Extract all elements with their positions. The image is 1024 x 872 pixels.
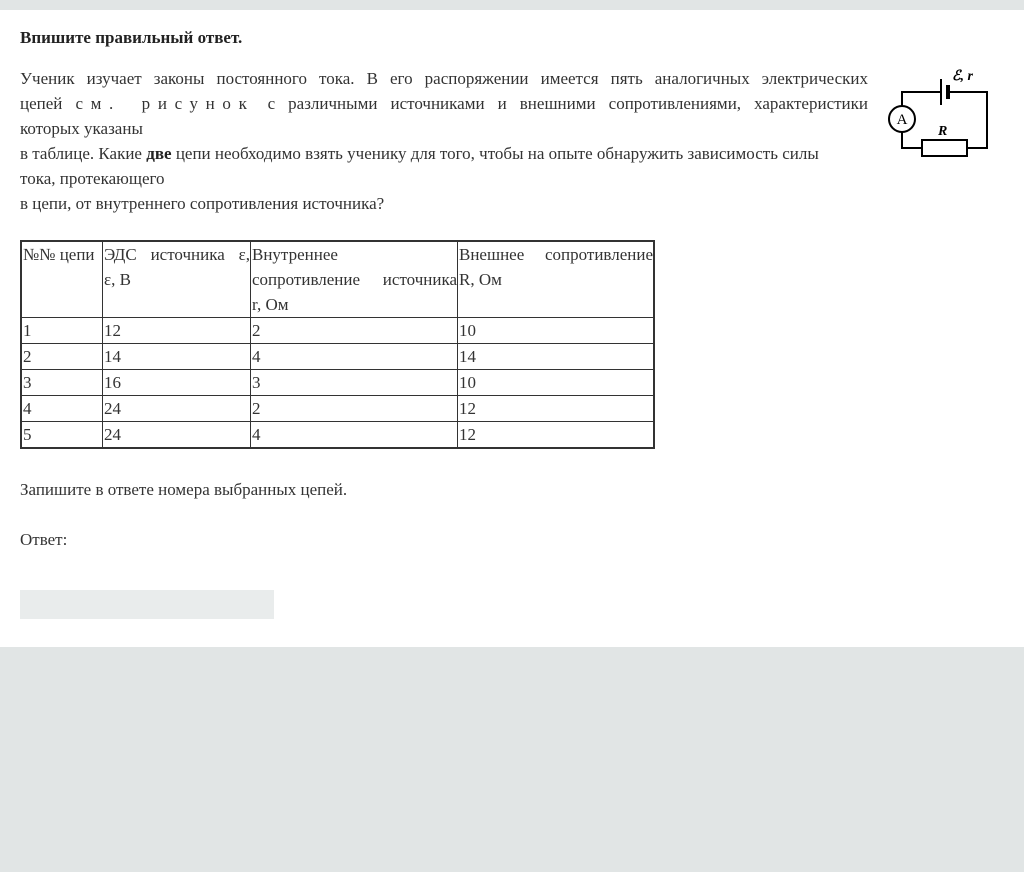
question-line-4-post: цепи необходимо взять ученику для того, … — [172, 144, 819, 163]
cell-internal-r: 3 — [251, 370, 458, 396]
header-emf: ЭДС источника ε, ε, В — [103, 241, 251, 318]
cell-emf: 24 — [103, 422, 251, 449]
answer-input[interactable] — [20, 590, 274, 619]
cell-internal-r: 2 — [251, 318, 458, 344]
cell-external-r: 10 — [458, 370, 655, 396]
cell-emf: 14 — [103, 344, 251, 370]
question-line-2-pre: цепей — [20, 94, 62, 113]
cell-external-r: 14 — [458, 344, 655, 370]
task-card: Впишите правильный ответ. Ученик изучает… — [0, 10, 1024, 647]
header-external-line-2: R, Ом — [459, 267, 653, 292]
source-label: ℰ, r — [952, 69, 973, 84]
question-line-3: которых указаны — [20, 116, 868, 141]
table-row: 2 14 4 14 — [21, 344, 654, 370]
question-line-4: в таблице. Какие две цепи необходимо взя… — [20, 141, 868, 166]
question-line-6: в цепи, от внутреннего сопротивления ист… — [20, 191, 868, 216]
table-header-row: №№ цепи ЭДС источника ε, ε, В Внутреннее… — [21, 241, 654, 318]
see-figure-link: см. рисунок — [75, 94, 254, 113]
question-line-1: Ученик изучает законы постоянного тока. … — [20, 66, 868, 91]
table-row: 1 12 2 10 — [21, 318, 654, 344]
question-text: Ученик изучает законы постоянного тока. … — [20, 66, 868, 216]
question-line-2: цепей см. рисунок с различными источника… — [20, 91, 868, 116]
table-row: 5 24 4 12 — [21, 422, 654, 449]
header-internal-line-3: r, Ом — [252, 292, 457, 317]
header-internal-resistance: Внутреннее сопротивление источника r, Ом — [251, 241, 458, 318]
cell-emf: 16 — [103, 370, 251, 396]
circuits-table: №№ цепи ЭДС источника ε, ε, В Внутреннее… — [20, 240, 655, 449]
cell-external-r: 12 — [458, 422, 655, 449]
cell-emf: 12 — [103, 318, 251, 344]
resistor-label: R — [937, 124, 947, 139]
cell-internal-r: 2 — [251, 396, 458, 422]
cell-circuit: 1 — [21, 318, 103, 344]
header-internal-line-2: сопротивление источника — [252, 267, 457, 292]
header-circuit-number-text: №№ цепи — [23, 245, 95, 264]
cell-circuit: 3 — [21, 370, 103, 396]
header-circuit-number: №№ цепи — [21, 241, 103, 318]
cell-internal-r: 4 — [251, 344, 458, 370]
header-emf-line-1: ЭДС источника ε, — [104, 242, 250, 267]
emphasis-two: две — [146, 144, 171, 163]
table-row: 4 24 2 12 — [21, 396, 654, 422]
header-external-line-1: Внешнее сопротивление — [459, 242, 653, 267]
question-line-2-post: с различными источниками и внешними сопр… — [268, 94, 868, 113]
circuit-diagram-icon: A ℰ, r R — [884, 66, 994, 170]
cell-circuit: 4 — [21, 396, 103, 422]
answer-label: Ответ: — [20, 530, 67, 550]
table-row: 3 16 3 10 — [21, 370, 654, 396]
cell-circuit: 5 — [21, 422, 103, 449]
header-internal-line-1: Внутреннее — [252, 242, 457, 267]
question-line-4-pre: в таблице. Какие — [20, 144, 146, 163]
cell-internal-r: 4 — [251, 422, 458, 449]
cell-circuit: 2 — [21, 344, 103, 370]
cell-external-r: 10 — [458, 318, 655, 344]
question-line-5: тока, протекающего — [20, 166, 868, 191]
cell-external-r: 12 — [458, 396, 655, 422]
top-strip — [0, 0, 1024, 10]
cell-emf: 24 — [103, 396, 251, 422]
ammeter-label: A — [897, 112, 908, 128]
header-emf-line-2: ε, В — [104, 267, 250, 292]
header-external-resistance: Внешнее сопротивление R, Ом — [458, 241, 655, 318]
answer-instruction: Запишите в ответе номера выбранных цепей… — [20, 480, 347, 500]
task-title: Впишите правильный ответ. — [20, 28, 242, 48]
